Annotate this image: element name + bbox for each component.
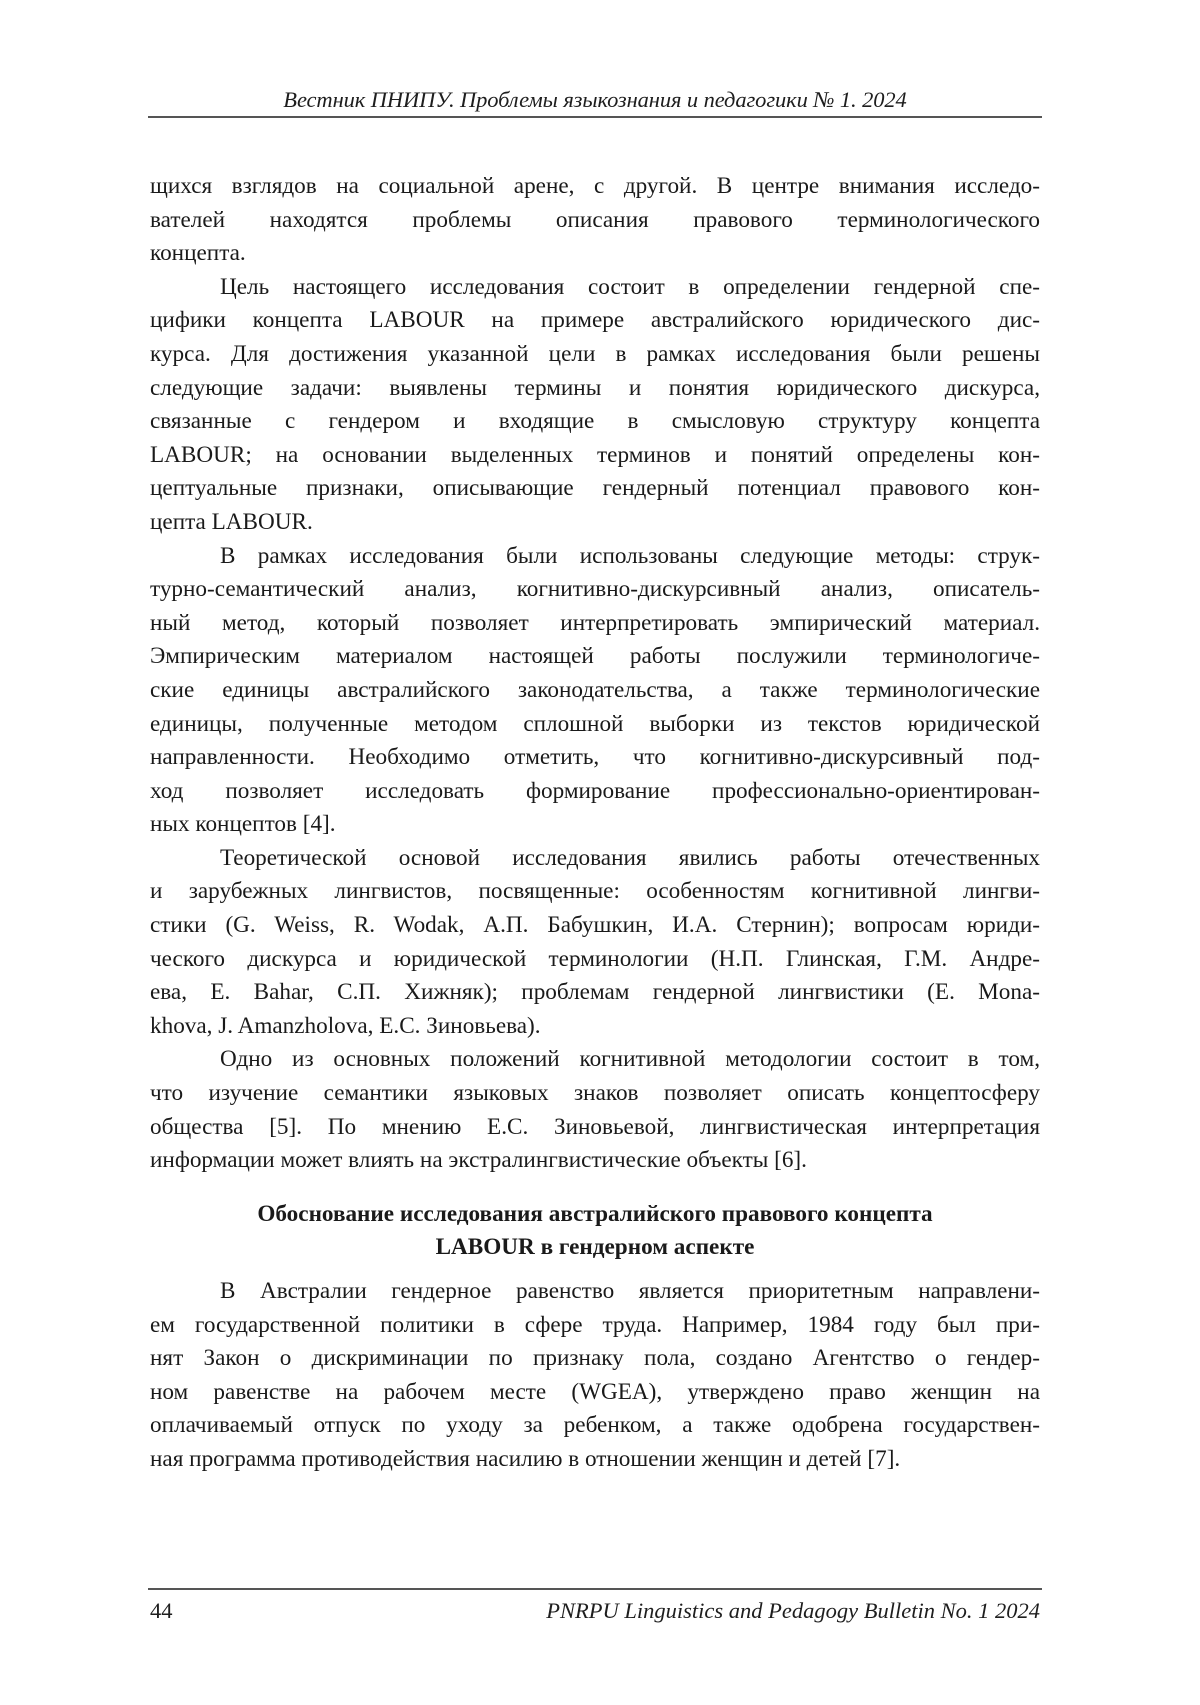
header-divider bbox=[148, 116, 1042, 118]
text-line: Цель настоящего исследования состоит в о… bbox=[150, 271, 1040, 305]
text-line: ход позволяет исследовать формирование п… bbox=[150, 775, 1040, 809]
text-line: единицы, полученные методом сплошной выб… bbox=[150, 708, 1040, 742]
text-line: Теоретической основой исследования явили… bbox=[150, 842, 1040, 876]
section-heading-line: LABOUR в гендерном аспекте bbox=[150, 1231, 1040, 1265]
section-heading-line: Обоснование исследования австралийского … bbox=[150, 1198, 1040, 1232]
text-line: и зарубежных лингвистов, посвященные: ос… bbox=[150, 875, 1040, 909]
text-line: LABOUR; на основании выделенных терминов… bbox=[150, 439, 1040, 473]
text-line: Одно из основных положений когнитивной м… bbox=[150, 1043, 1040, 1077]
text-line: ная программа противодействия насилию в … bbox=[150, 1443, 1040, 1477]
text-line: ный метод, который позволяет интерпретир… bbox=[150, 607, 1040, 641]
text-line: щихся взглядов на социальной арене, с др… bbox=[150, 170, 1040, 204]
text-line: ева, E. Bahar, С.П. Хижняк); проблемам г… bbox=[150, 976, 1040, 1010]
text-line: цептуальные признаки, описывающие гендер… bbox=[150, 472, 1040, 506]
text-line: ческого дискурса и юридической терминоло… bbox=[150, 943, 1040, 977]
text-line: В рамках исследования были использованы … bbox=[150, 540, 1040, 574]
running-header: Вестник ПНИПУ. Проблемы языкознания и пе… bbox=[148, 86, 1042, 114]
text-line: khova, J. Amanzholova, Е.С. Зиновьева). bbox=[150, 1010, 1040, 1044]
page-number: 44 bbox=[150, 1596, 173, 1626]
text-line: турно-семантический анализ, когнитивно-д… bbox=[150, 573, 1040, 607]
text-line: что изучение семантики языковых знаков п… bbox=[150, 1077, 1040, 1111]
text-line: цифики концепта LABOUR на примере австра… bbox=[150, 304, 1040, 338]
text-line: В Австралии гендерное равенство является… bbox=[150, 1275, 1040, 1309]
footer-divider bbox=[148, 1588, 1042, 1590]
text-line: информации может влиять на экстралингвис… bbox=[150, 1144, 1040, 1178]
text-line: курса. Для достижения указанной цели в р… bbox=[150, 338, 1040, 372]
paragraph-australia-gender-equality: В Австралии гендерное равенство является… bbox=[150, 1275, 1040, 1477]
text-line: нят Закон о дискриминации по признаку по… bbox=[150, 1342, 1040, 1376]
journal-page: Вестник ПНИПУ. Проблемы языкознания и пе… bbox=[0, 0, 1200, 1705]
text-line: концепта. bbox=[150, 237, 1040, 271]
paragraph-methods: В рамках исследования были использованы … bbox=[150, 540, 1040, 842]
footer-journal-title: PNRPU Linguistics and Pedagogy Bulletin … bbox=[546, 1596, 1040, 1626]
paragraph-cognitive-methodology: Одно из основных положений когнитивной м… bbox=[150, 1043, 1040, 1177]
text-line: ем государственной политики в сфере труд… bbox=[150, 1309, 1040, 1343]
paragraph-continuation: щихся взглядов на социальной арене, с др… bbox=[150, 170, 1040, 271]
text-line: Эмпирическим материалом настоящей работы… bbox=[150, 640, 1040, 674]
text-line: следующие задачи: выявлены термины и пон… bbox=[150, 372, 1040, 406]
text-line: ские единицы австралийского законодатель… bbox=[150, 674, 1040, 708]
text-line: ных концептов [4]. bbox=[150, 808, 1040, 842]
section-heading: Обоснование исследования австралийского … bbox=[150, 1198, 1040, 1265]
paragraph-research-goal: Цель настоящего исследования состоит в о… bbox=[150, 271, 1040, 540]
text-line: направленности. Необходимо отметить, что… bbox=[150, 741, 1040, 775]
text-line: оплачиваемый отпуск по уходу за ребенком… bbox=[150, 1409, 1040, 1443]
paragraph-theoretical-basis: Теоретической основой исследования явили… bbox=[150, 842, 1040, 1044]
text-line: связанные с гендером и входящие в смысло… bbox=[150, 405, 1040, 439]
text-line: цепта LABOUR. bbox=[150, 506, 1040, 540]
text-line: стики (G. Weiss, R. Wodak, А.П. Бабушкин… bbox=[150, 909, 1040, 943]
article-body: щихся взглядов на социальной арене, с др… bbox=[150, 170, 1040, 1477]
text-line: ном равенстве на рабочем месте (WGEA), у… bbox=[150, 1376, 1040, 1410]
text-line: вателей находятся проблемы описания прав… bbox=[150, 204, 1040, 238]
text-line: общества [5]. По мнению Е.С. Зиновьевой,… bbox=[150, 1111, 1040, 1145]
